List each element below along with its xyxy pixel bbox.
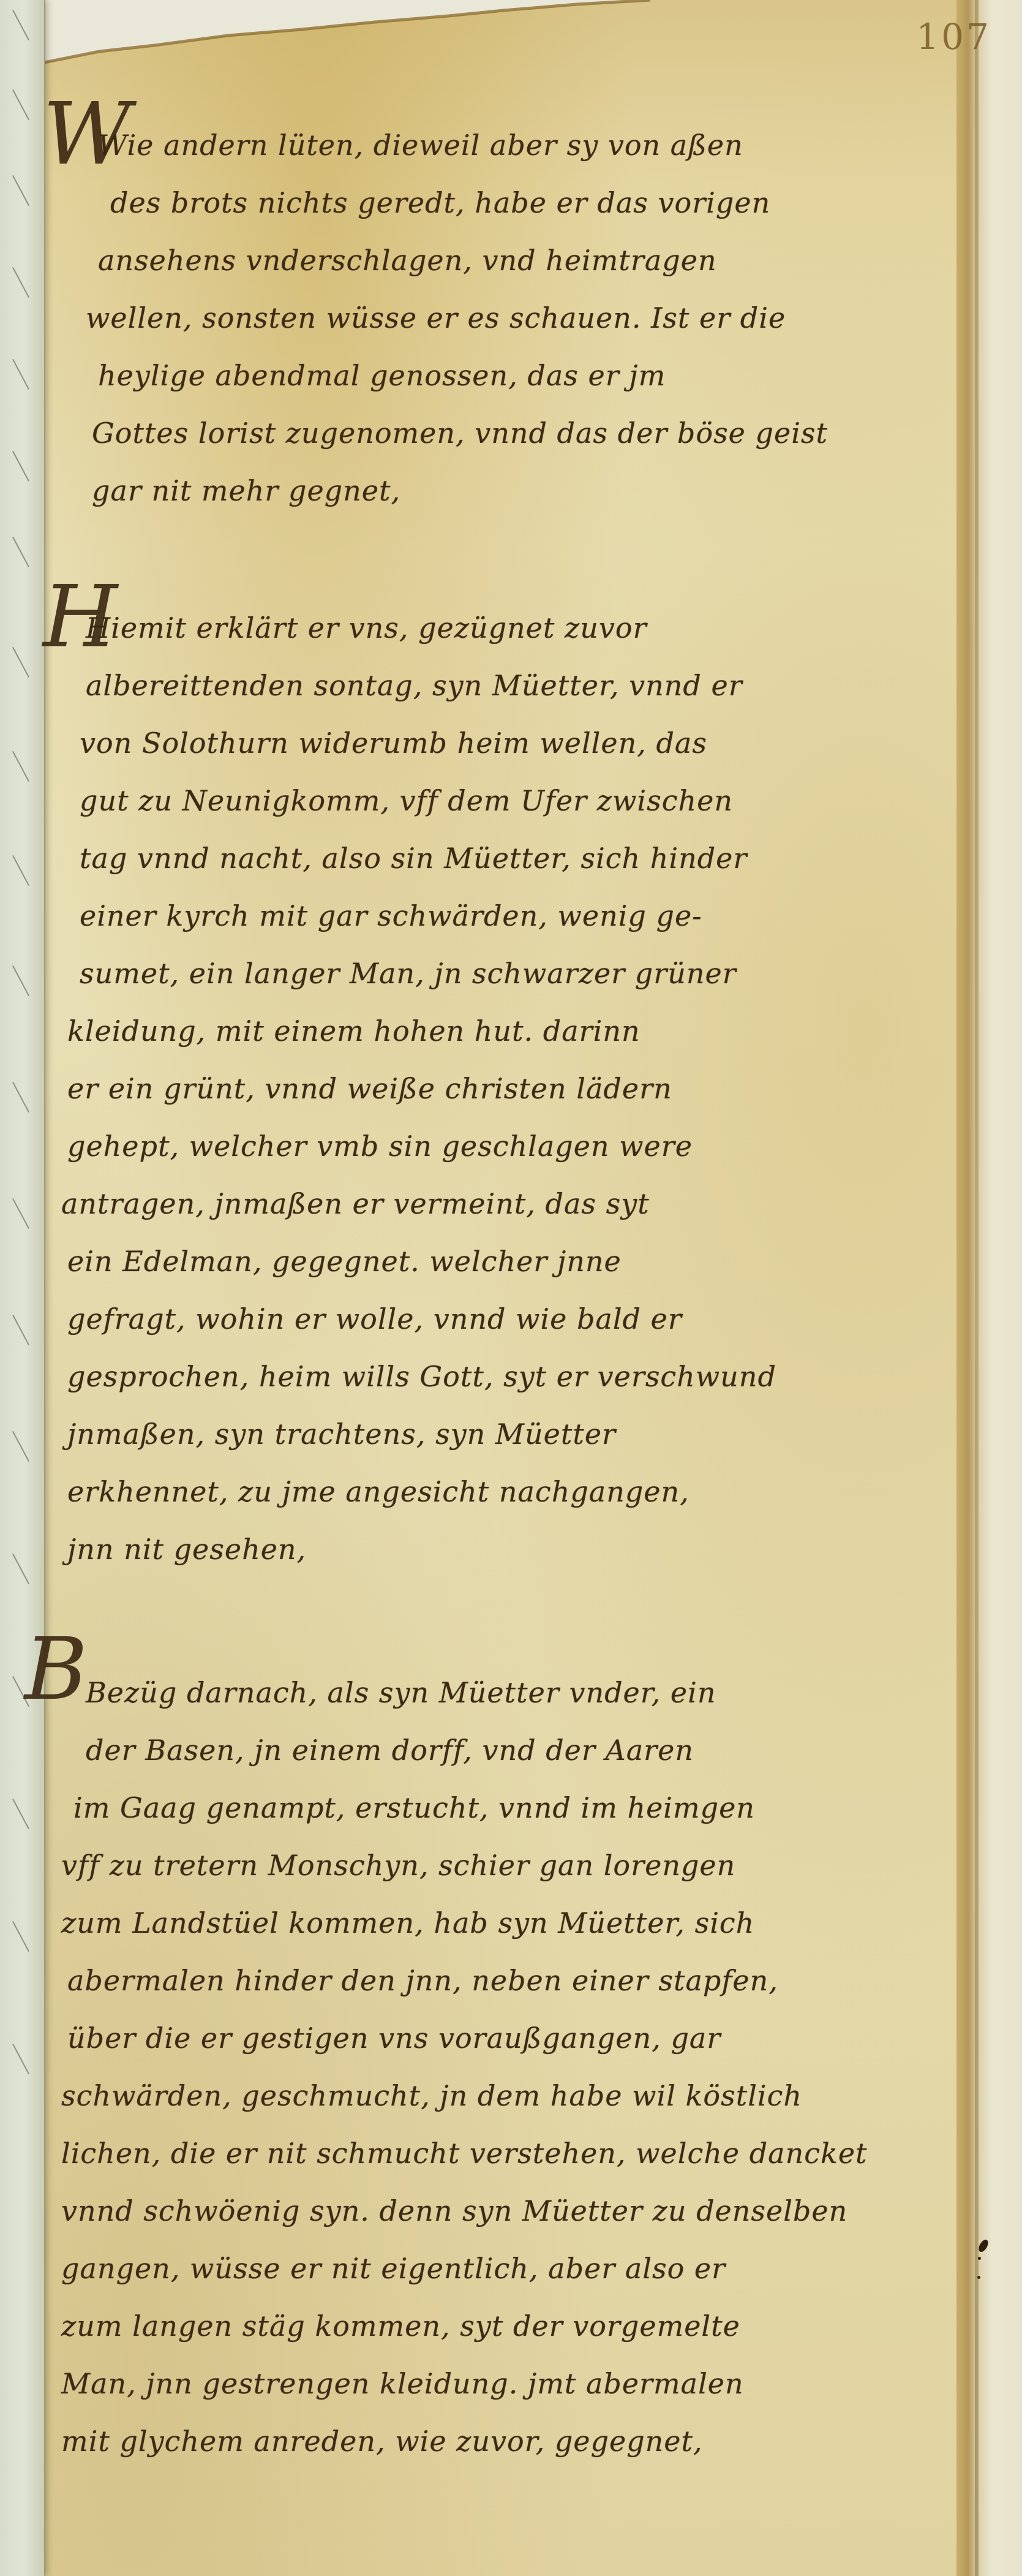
text-line: der Basen, jn einem dorff, vnd der Aaren (61, 1721, 931, 1779)
facing-page-ink-stroke (12, 1198, 29, 1229)
facing-page-ink-stroke (12, 1921, 29, 1952)
text-line: albereittenden sontag, syn Müetter, vnnd… (61, 657, 931, 714)
manuscript-photo: 107 W Wie andern lüten, dieweil aber sy … (0, 0, 1022, 2576)
paragraph-2: H Hiemit erklärt er vns, gezügnet zuvor … (61, 599, 931, 1578)
ink-blot (977, 2276, 980, 2279)
binding-fold-line (975, 0, 979, 2576)
facing-page-ink-stroke (12, 1082, 29, 1112)
text-line: von Solothurn widerumb heim wellen, das (61, 714, 931, 772)
facing-page-ink-stroke (12, 10, 29, 40)
text-line: Hiemit erklärt er vns, gezügnet zuvor (61, 599, 931, 657)
text-line: gefragt, wohin er wolle, vnnd wie bald e… (61, 1290, 931, 1348)
facing-page-ink-stroke (12, 1431, 29, 1462)
text-line: antragen, jnmaßen er vermeint, das syt (61, 1175, 931, 1233)
text-line: schwärden, geschmucht, jn dem habe wil k… (61, 2067, 931, 2125)
facing-page-ink-stroke (12, 89, 29, 120)
text-line: zum langen stäg kommen, syt der vorgemel… (61, 2297, 931, 2355)
text-line: Man, jnn gestrengen kleidung. jmt aberma… (61, 2355, 931, 2412)
facing-page-ink-stroke (12, 175, 29, 206)
text-line: lichen, die er nit schmucht verstehen, w… (61, 2125, 931, 2182)
text-line: ansehens vnderschlagen, vnd heimtragen (61, 232, 931, 289)
ink-blot (978, 2257, 981, 2260)
text-line: gut zu Neunigkomm, vff dem Ufer zwischen (61, 772, 931, 829)
facing-page-edge (0, 0, 45, 2576)
facing-page-ink-stroke (12, 1799, 29, 1829)
decorated-initial: B (24, 1627, 88, 1713)
text-line: zum Landstüel kommen, hab syn Müetter, s… (61, 1894, 931, 1952)
text-line: gesprochen, heim wills Gott, syt er vers… (61, 1348, 931, 1405)
facing-page-ink-stroke (12, 1554, 29, 1584)
facing-page-ink-stroke (12, 267, 29, 298)
text-line: mit glychem anreden, wie zuvor, gegegnet… (61, 2412, 931, 2470)
facing-page-ink-stroke (12, 537, 29, 567)
facing-page-ink-stroke (12, 751, 29, 782)
paragraph-1: W Wie andern lüten, dieweil aber sy von … (61, 116, 931, 519)
facing-page-ink-stroke (12, 1315, 29, 1345)
text-line: über die er gestigen vns voraußgangen, g… (61, 2009, 931, 2067)
text-line: kleidung, mit einem hohen hut. darinn (61, 1002, 931, 1060)
text-line: Bezüg darnach, als syn Müetter vnder, ei… (61, 1664, 931, 1721)
text-line: gehept, welcher vmb sin geschlagen were (61, 1117, 931, 1175)
text-line: jnmaßen, syn trachtens, syn Müetter (61, 1405, 931, 1463)
text-line: einer kyrch mit gar schwärden, wenig ge- (61, 887, 931, 945)
paragraph-3: B Bezüg darnach, als syn Müetter vnder, … (61, 1664, 931, 2470)
text-line: ein Edelman, gegegnet. welcher jnne (61, 1233, 931, 1290)
text-line: sumet, ein langer Man, jn schwarzer grün… (61, 945, 931, 1002)
text-line: im Gaag genampt, erstucht, vnnd im heimg… (61, 1779, 931, 1837)
text-line: er ein grünt, vnnd weiße christen lädern (61, 1060, 931, 1117)
manuscript-text: W Wie andern lüten, dieweil aber sy von … (61, 116, 931, 2470)
text-line: gar nit mehr gegnet, (61, 462, 931, 519)
text-line: jnn nit gesehen, (61, 1520, 931, 1578)
text-line: abermalen hinder den jnn, neben einer st… (61, 1952, 931, 2009)
facing-page-ink-stroke (12, 2044, 29, 2074)
facing-page-ink-stroke (12, 451, 29, 482)
text-line: vff zu tretern Monschyn, schier gan lore… (61, 1837, 931, 1894)
text-line: vnnd schwöenig syn. denn syn Müetter zu … (61, 2182, 931, 2240)
text-line: heylige abendmal genossen, das er jm (61, 347, 931, 404)
text-line: des brots nichts geredt, habe er das vor… (61, 174, 931, 232)
decorated-initial: H (43, 575, 118, 660)
facing-page-ink-stroke (12, 855, 29, 886)
binding-gutter (956, 0, 1022, 2576)
facing-page-ink-stroke (12, 359, 29, 390)
facing-page-ink-stroke (12, 647, 29, 678)
text-line: gangen, wüsse er nit eigentlich, aber al… (61, 2240, 931, 2297)
text-line: tag vnnd nacht, also sin Müetter, sich h… (61, 829, 931, 887)
text-line: Gottes lorist zugenomen, vnnd das der bö… (61, 404, 931, 462)
text-line: Wie andern lüten, dieweil aber sy von aß… (61, 116, 931, 174)
facing-page-ink-stroke (12, 965, 29, 996)
text-line: erkhennet, zu jme angesicht nachgangen, (61, 1463, 931, 1520)
text-line: wellen, sonsten wüsse er es schauen. Ist… (61, 289, 931, 347)
decorated-initial: W (43, 92, 131, 178)
folio-number: 107 (916, 16, 991, 58)
